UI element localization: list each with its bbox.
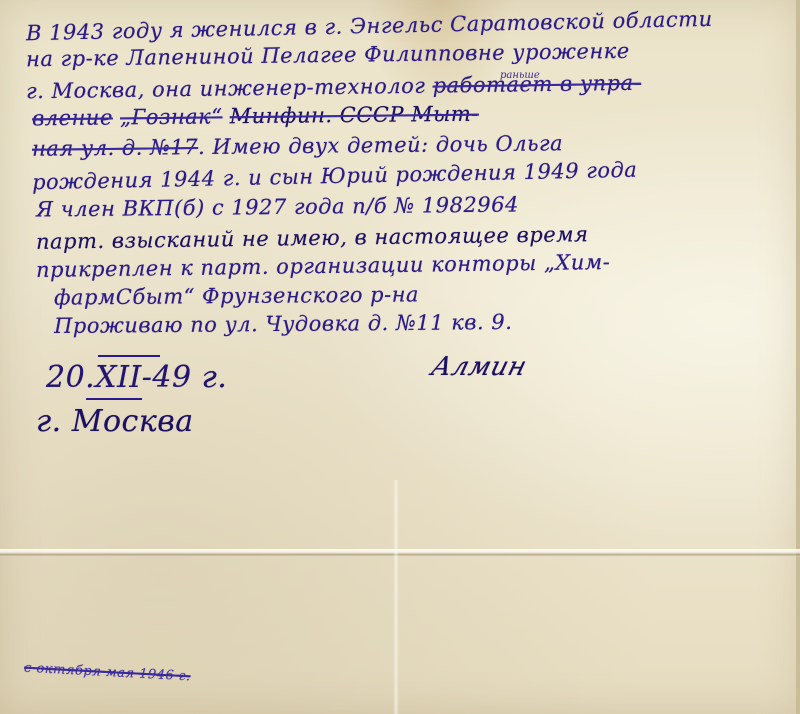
paper-fold-horizontal (0, 549, 800, 557)
text-line-7: Я член ВКП(б) с 1927 года п/б № 1982964 (36, 192, 519, 221)
text-line-8: парт. взысканий не имею, в настоящее вре… (36, 222, 589, 254)
text-line-3: г. Москва, она инженер-технолог работает… (26, 71, 641, 104)
text-line-4-gosznak: „Гознак“ (120, 104, 223, 129)
bottom-note: с октября мая 1946 г. (24, 661, 191, 685)
text-line-6: рождения 1944 г. и сын Юрий рождения 194… (32, 158, 638, 195)
paper-fold-vertical (393, 480, 399, 714)
signature: Алмин (428, 352, 530, 382)
text-line-5-main: . Имею двух детей: дочь Ольга (198, 131, 563, 159)
city: г. Москва (36, 404, 194, 439)
document-sheet: В 1943 году я женился в г. Энгельс Сарат… (0, 0, 800, 714)
paper-edge (796, 0, 800, 714)
text-line-4-struck-b: Минфин. СССР Мыт- (230, 102, 479, 129)
date-overline (98, 355, 160, 357)
text-line-11: Проживаю по ул. Чудовка д. №11 кв. 9. (54, 310, 513, 338)
text-line-4: вление „Гознак“ Минфин. СССР Мыт- (32, 102, 479, 131)
text-line-3-struck: работает в упра- (432, 71, 641, 98)
text-line-5-struck: ная ул. д. №17 (32, 135, 198, 161)
text-line-9: прикреплен к парт. организации конторы „… (36, 250, 611, 282)
date-underline (86, 398, 142, 400)
text-line-3-main: г. Москва, она инженер-технолог (26, 74, 426, 104)
text-line-2: на гр-ке Лапениной Пелагее Филипповне ур… (26, 39, 630, 71)
text-line-10: фармСбыт“ Фрунзенского р-на (54, 282, 419, 309)
date: 20.XII-49 г. (46, 360, 227, 395)
text-line-4-struck-a: вление (32, 105, 113, 130)
text-line-5: ная ул. д. №17. Имею двух детей: дочь Ол… (32, 131, 563, 161)
